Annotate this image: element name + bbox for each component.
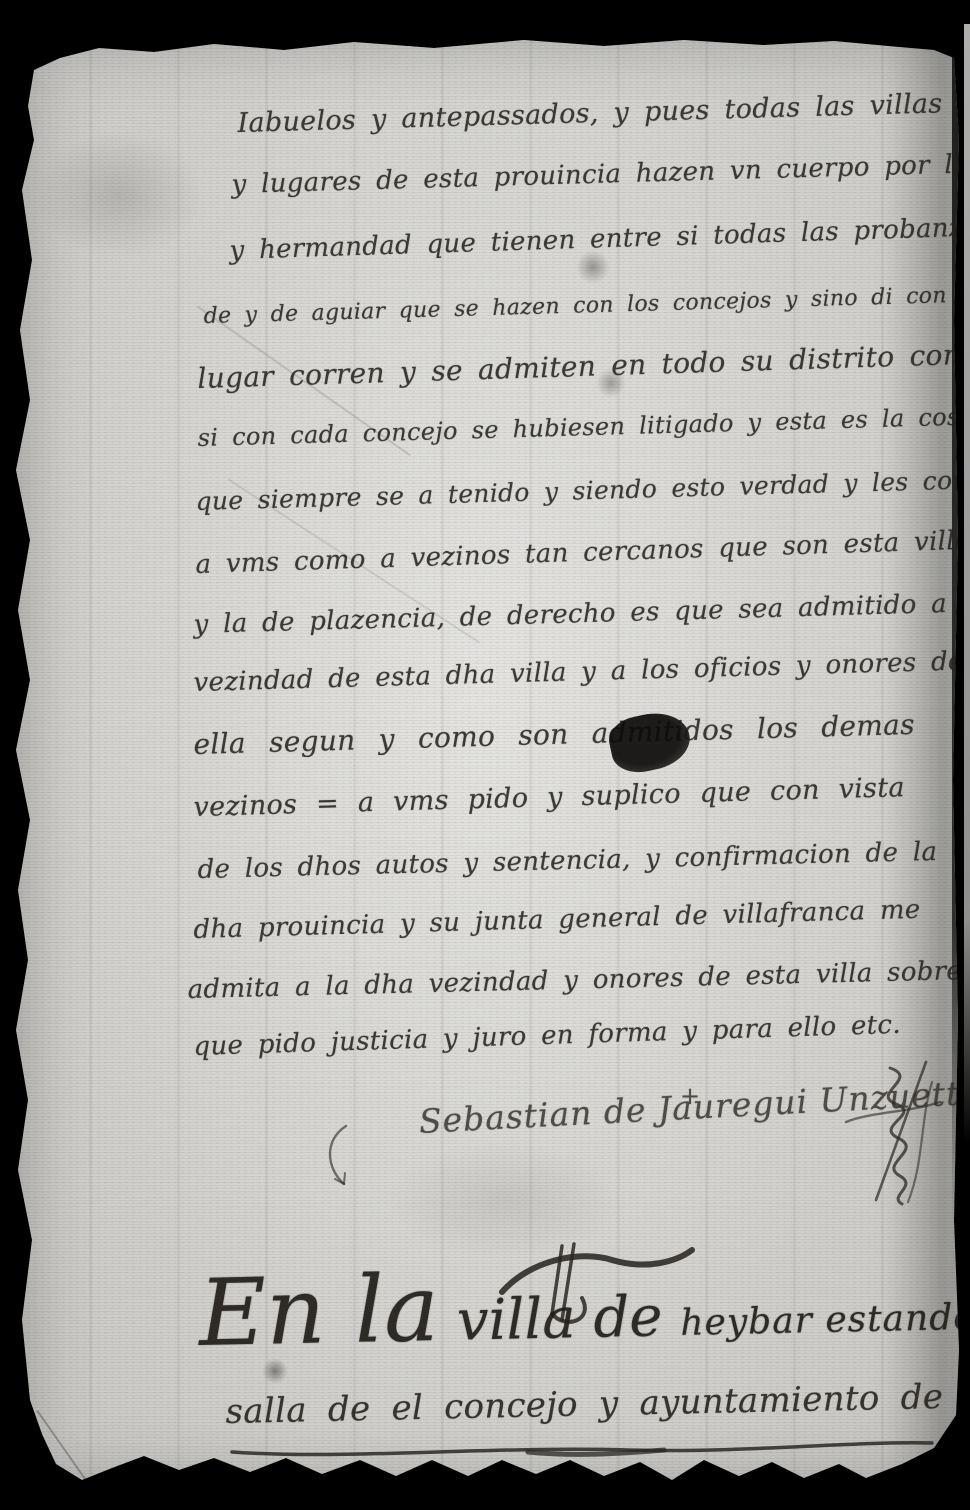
closing-opening-line: En la villa de heybar estando en la (198, 1248, 970, 1363)
paper-sheet: Iabuelos y antepassados, y pues todas la… (4, 20, 966, 1504)
manuscript-line: dha prouincia y su junta general de vill… (193, 895, 921, 945)
manuscript-line: que siempre se a tenido y siendo esto ve… (195, 464, 970, 516)
signature-rubric-icon (828, 1060, 958, 1210)
dot-stain (576, 250, 610, 284)
closing-opening-small: heybar estando en la (680, 1295, 970, 1344)
underline-stroke-icon (228, 1436, 938, 1464)
manuscript-line: vezindad de esta dha villa y a los ofici… (193, 647, 964, 698)
manuscript-line: si con cada concejo se hubiesen litigado… (197, 400, 970, 452)
manuscript-line: de y de aguiar que se hazen con los conc… (203, 280, 970, 329)
manuscript-line: vezinos = a vms pido y suplico que con v… (193, 772, 905, 823)
gutter-shadow (952, 20, 966, 1220)
closing-opening-large: En la (198, 1261, 440, 1363)
closing-opening-mid: villa de (438, 1284, 680, 1354)
adjacent-page-edge (964, 24, 970, 1144)
margin-curl-icon (316, 1120, 356, 1190)
manuscript-line: y lugares de esta prouincia hazen vn cue… (231, 147, 970, 200)
manuscript-line: de los dhos autos y sentencia, y confirm… (197, 837, 937, 885)
manuscript-line: y la de plazencia, de derecho es que sea… (193, 588, 970, 640)
manuscript-line: y hermandad que tienen entre si todas la… (229, 210, 970, 266)
manuscript-line: a vms como a vezinos tan cercanos que so… (195, 526, 970, 580)
corner-stain (34, 130, 204, 260)
manuscript-line: admita a la dha vezindad y onores de est… (187, 956, 962, 1005)
manuscript-line: que pido justicia y juro en forma y para… (193, 1010, 901, 1062)
crease-line (36, 1410, 112, 1510)
manuscript-line: lugar corren y se admiten en todo su dis… (197, 337, 970, 395)
manuscript-line: ella segun y como son admitidos los dema… (193, 708, 915, 761)
closing-second-line: salla de el concejo y ayuntamiento de el… (225, 1375, 970, 1432)
manuscript-line: Iabuelos y antepassados, y pues todas la… (237, 86, 970, 139)
manuscript-scan: { "scan": { "background_color": "#000000… (0, 0, 970, 1510)
